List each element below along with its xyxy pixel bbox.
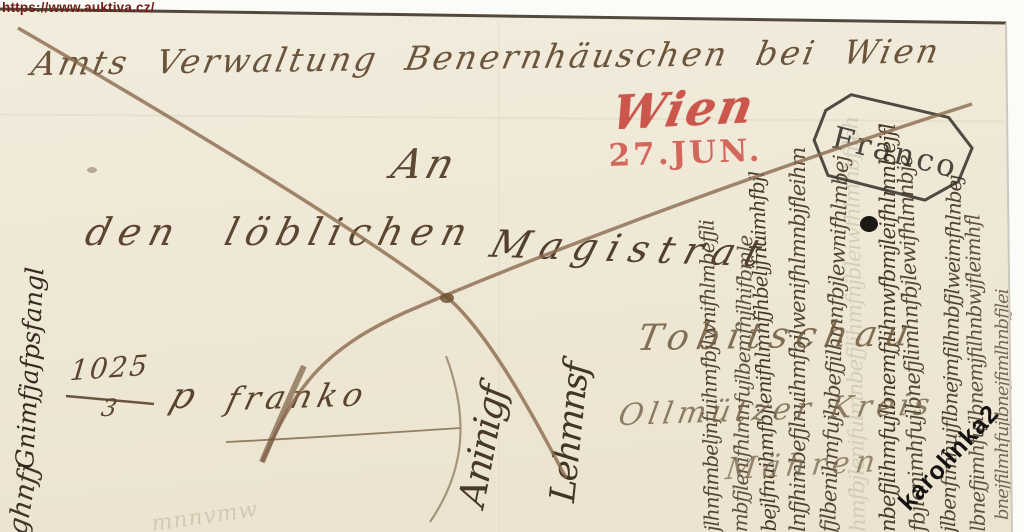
wien-postmark-date: 27.JUN. — [608, 133, 763, 174]
illegible-scribble: bnejfilmhfujlbnejfimlhnbfjlei — [992, 290, 1013, 521]
handwritten-line2a: den löblichen — [81, 210, 480, 254]
destination-line1: Tobitschau — [634, 313, 920, 359]
wien-postmark-town: Wien — [607, 79, 760, 142]
auction-site-watermark: https://www.auktiva.cz/ — [2, 0, 155, 15]
franco-stamp-label: Franco — [828, 120, 962, 186]
handwritten-franko: franko — [222, 375, 373, 418]
scanned-postal-cover: jlhnfimbeljnfuihmfbjlwnifhlmbefjlimbfjle… — [0, 0, 1024, 532]
rate-numerator: 1025 — [68, 348, 151, 387]
